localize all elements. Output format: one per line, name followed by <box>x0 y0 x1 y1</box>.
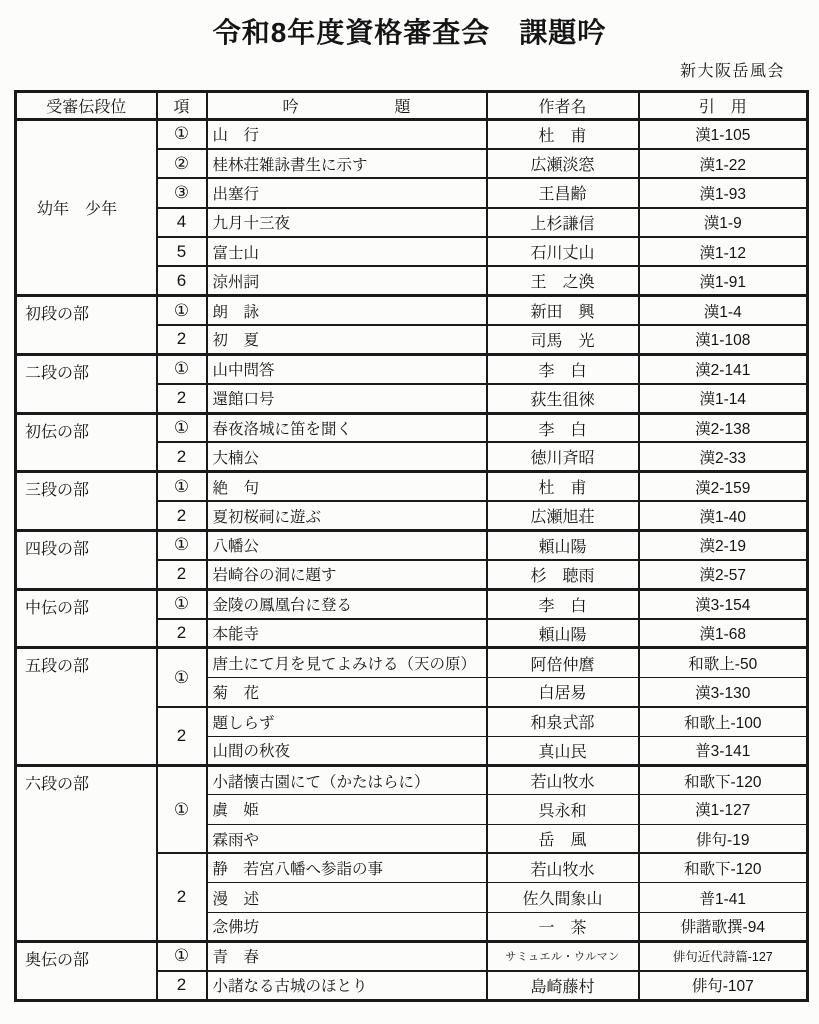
item-number-cell: 2 <box>157 619 207 648</box>
exam-table: 受審伝段位 項 吟 題 作者名 引 用 幼年 少年①山 行杜 甫漢1-105②桂… <box>14 90 809 1002</box>
item-number-cell: ① <box>157 413 207 442</box>
citation-cell: 漢1-14 <box>639 384 808 413</box>
poem-title-cell: 虞 姫 <box>207 795 487 824</box>
citation-cell: 漢2-141 <box>639 354 808 383</box>
poem-title-cell: 出塞行 <box>207 178 487 207</box>
author-cell: 司馬 光 <box>487 325 639 354</box>
poem-title-cell: 唐土にて月を見てよみける（天の原） <box>207 648 487 677</box>
citation-cell: 和歌下-120 <box>639 853 808 882</box>
poem-title-cell: 山中問答 <box>207 354 487 383</box>
author-cell: 若山牧水 <box>487 853 639 882</box>
citation-cell: 漢1-93 <box>639 178 808 207</box>
poem-title-cell: 題しらず <box>207 707 487 736</box>
author-cell: 和泉式部 <box>487 707 639 736</box>
item-number-cell: 2 <box>157 971 207 1001</box>
item-number-cell: ① <box>157 531 207 560</box>
exam-table-body: 幼年 少年①山 行杜 甫漢1-105②桂林荘雑詠書生に示す広瀬淡窓漢1-22③出… <box>16 120 808 1001</box>
table-row: 三段の部①絶 句杜 甫漢2-159 <box>16 472 808 501</box>
item-number-cell: ① <box>157 354 207 383</box>
poem-title-cell: 青 春 <box>207 942 487 971</box>
poem-title-cell: 漫 述 <box>207 883 487 912</box>
rank-cell: 中伝の部 <box>16 589 157 648</box>
item-number-cell: ① <box>157 589 207 618</box>
rank-cell: 四段の部 <box>16 531 157 590</box>
scanned-document-page: { "page": { "title": "令和8年度資格審査会 課題吟", "… <box>0 0 819 1024</box>
citation-cell: 漢3-130 <box>639 677 808 706</box>
citation-cell: 漢2-138 <box>639 413 808 442</box>
citation-cell: 和歌下-120 <box>639 765 808 794</box>
table-row: 四段の部①八幡公頼山陽漢2-19 <box>16 531 808 560</box>
item-number-cell: 2 <box>157 560 207 589</box>
author-cell: 阿倍仲麿 <box>487 648 639 677</box>
table-row: 中伝の部①金陵の鳳凰台に登る李 白漢3-154 <box>16 589 808 618</box>
item-number-cell: 2 <box>157 325 207 354</box>
citation-cell: 漢1-9 <box>639 208 808 237</box>
rank-cell: 三段の部 <box>16 472 157 531</box>
item-number-cell: 6 <box>157 266 207 295</box>
item-number-cell: ② <box>157 149 207 178</box>
poem-title-cell: 菊 花 <box>207 677 487 706</box>
header-citation: 引 用 <box>639 92 808 120</box>
poem-title-cell: 山 行 <box>207 120 487 149</box>
table-row: 六段の部①小諸懐古園にて（かたはらに）若山牧水和歌下-120 <box>16 765 808 794</box>
citation-cell: 普1-41 <box>639 883 808 912</box>
author-cell: 徳川斉昭 <box>487 442 639 471</box>
poem-title-cell: 大楠公 <box>207 442 487 471</box>
author-cell: 若山牧水 <box>487 765 639 794</box>
author-cell: 杜 甫 <box>487 120 639 149</box>
rank-cell: 二段の部 <box>16 354 157 413</box>
item-number-cell: ① <box>157 648 207 707</box>
citation-cell: 漢1-22 <box>639 149 808 178</box>
citation-cell: 漢1-4 <box>639 296 808 325</box>
citation-cell: 漢3-154 <box>639 589 808 618</box>
item-number-cell: 2 <box>157 442 207 471</box>
rank-cell: 奥伝の部 <box>16 942 157 1001</box>
poem-title-cell: 小諸なる古城のほとり <box>207 971 487 1001</box>
item-number-cell: 2 <box>157 384 207 413</box>
item-number-cell: ③ <box>157 178 207 207</box>
author-cell: 頼山陽 <box>487 619 639 648</box>
item-number-cell: 4 <box>157 208 207 237</box>
poem-title-cell: 夏初桜祠に遊ぶ <box>207 501 487 530</box>
citation-cell: 俳句-107 <box>639 971 808 1001</box>
item-number-cell: 5 <box>157 237 207 266</box>
author-cell: 石川丈山 <box>487 237 639 266</box>
poem-title-cell: 小諸懐古園にて（かたはらに） <box>207 765 487 794</box>
item-number-cell: 2 <box>157 501 207 530</box>
citation-cell: 漢1-127 <box>639 795 808 824</box>
citation-cell: 俳句-19 <box>639 824 808 853</box>
poem-title-cell: 涼州詞 <box>207 266 487 295</box>
poem-title-cell: 念佛坊 <box>207 912 487 941</box>
item-number-cell: ① <box>157 472 207 501</box>
header-row: 受審伝段位 項 吟 題 作者名 引 用 <box>16 92 808 120</box>
table-row: 幼年 少年①山 行杜 甫漢1-105 <box>16 120 808 149</box>
item-number-cell: ① <box>157 765 207 853</box>
citation-cell: 俳句近代詩篇-127 <box>639 942 808 971</box>
poem-title-cell: 八幡公 <box>207 531 487 560</box>
item-number-cell: ① <box>157 296 207 325</box>
header-rank: 受審伝段位 <box>16 92 157 120</box>
author-cell: 広瀬旭荘 <box>487 501 639 530</box>
rank-cell: 初段の部 <box>16 296 157 355</box>
author-cell: 李 白 <box>487 354 639 383</box>
header-item: 項 <box>157 92 207 120</box>
citation-cell: 漢2-159 <box>639 472 808 501</box>
poem-title-cell: 絶 句 <box>207 472 487 501</box>
author-cell: 新田 興 <box>487 296 639 325</box>
author-cell: 李 白 <box>487 589 639 618</box>
poem-title-cell: 本能寺 <box>207 619 487 648</box>
table-row: 二段の部①山中問答李 白漢2-141 <box>16 354 808 383</box>
table-row: 初伝の部①春夜洛城に笛を聞く李 白漢2-138 <box>16 413 808 442</box>
organization-name: 新大阪岳風会 <box>680 58 785 81</box>
poem-title-cell: 桂林荘雑詠書生に示す <box>207 149 487 178</box>
citation-cell: 漢1-108 <box>639 325 808 354</box>
table-row: 奥伝の部①青 春サミュエル・ウルマン俳句近代詩篇-127 <box>16 942 808 971</box>
author-cell: 李 白 <box>487 413 639 442</box>
table-row: 五段の部①唐土にて月を見てよみける（天の原）阿倍仲麿和歌上-50 <box>16 648 808 677</box>
rank-cell: 初伝の部 <box>16 413 157 472</box>
poem-title-cell: 静 若宮八幡へ参詣の事 <box>207 853 487 882</box>
author-cell: 佐久間象山 <box>487 883 639 912</box>
citation-cell: 漢1-12 <box>639 237 808 266</box>
rank-cell: 幼年 少年 <box>16 120 157 296</box>
poem-title-cell: 初 夏 <box>207 325 487 354</box>
citation-cell: 漢2-33 <box>639 442 808 471</box>
citation-cell: 漢2-19 <box>639 531 808 560</box>
author-cell: 呉永和 <box>487 795 639 824</box>
author-cell: 岳 風 <box>487 824 639 853</box>
author-cell: 広瀬淡窓 <box>487 149 639 178</box>
item-number-cell: 2 <box>157 707 207 766</box>
rank-cell: 六段の部 <box>16 765 157 941</box>
header-poem-title: 吟 題 <box>207 92 487 120</box>
author-cell: 杜 甫 <box>487 472 639 501</box>
poem-title-cell: 朗 詠 <box>207 296 487 325</box>
poem-title-cell: 富士山 <box>207 237 487 266</box>
author-cell: 真山民 <box>487 736 639 765</box>
citation-cell: 和歌上-100 <box>639 707 808 736</box>
author-cell: 頼山陽 <box>487 531 639 560</box>
citation-cell: 普3-141 <box>639 736 808 765</box>
poem-title-cell: 霖雨や <box>207 824 487 853</box>
author-cell: 上杉謙信 <box>487 208 639 237</box>
rank-cell: 五段の部 <box>16 648 157 765</box>
author-cell: 白居易 <box>487 677 639 706</box>
citation-cell: 漢1-68 <box>639 619 808 648</box>
author-cell: 杉 聴雨 <box>487 560 639 589</box>
header-author: 作者名 <box>487 92 639 120</box>
author-cell: 王 之渙 <box>487 266 639 295</box>
poem-title-cell: 岩崎谷の洞に題す <box>207 560 487 589</box>
poem-title-cell: 山間の秋夜 <box>207 736 487 765</box>
poem-title-cell: 九月十三夜 <box>207 208 487 237</box>
citation-cell: 和歌上-50 <box>639 648 808 677</box>
item-number-cell: ① <box>157 942 207 971</box>
citation-cell: 漢2-57 <box>639 560 808 589</box>
author-cell: 島崎藤村 <box>487 971 639 1001</box>
citation-cell: 漢1-105 <box>639 120 808 149</box>
poem-title-cell: 還館口号 <box>207 384 487 413</box>
poem-title-cell: 春夜洛城に笛を聞く <box>207 413 487 442</box>
author-cell: 王昌齢 <box>487 178 639 207</box>
table-row: 初段の部①朗 詠新田 興漢1-4 <box>16 296 808 325</box>
citation-cell: 漢1-40 <box>639 501 808 530</box>
author-cell: サミュエル・ウルマン <box>487 942 639 971</box>
author-cell: 荻生徂徠 <box>487 384 639 413</box>
author-cell: 一 茶 <box>487 912 639 941</box>
item-number-cell: ① <box>157 120 207 149</box>
poem-title-cell: 金陵の鳳凰台に登る <box>207 589 487 618</box>
item-number-cell: 2 <box>157 853 207 941</box>
citation-cell: 漢1-91 <box>639 266 808 295</box>
page-title: 令和8年度資格審査会 課題吟 <box>0 11 819 51</box>
citation-cell: 俳諧歌撰-94 <box>639 912 808 941</box>
